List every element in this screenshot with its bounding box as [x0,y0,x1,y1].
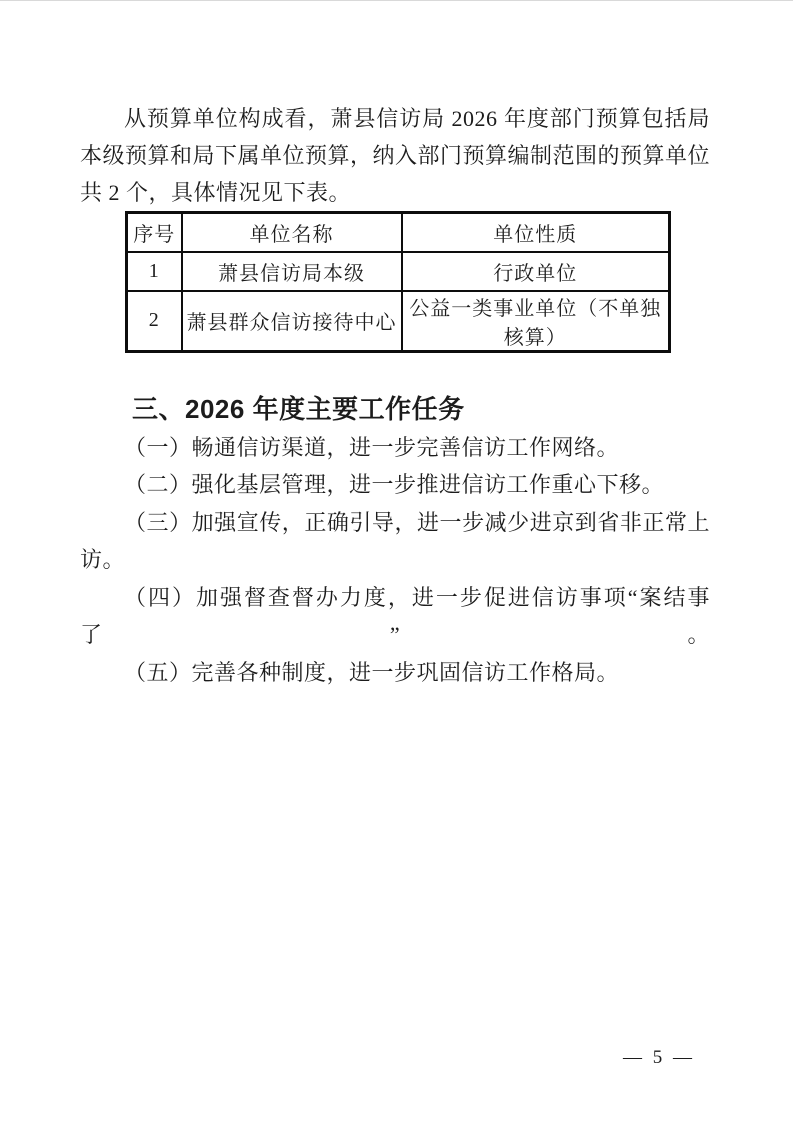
intro-line-2: 本级预算和局下属单位预算，纳入部门预算编制范围的预算单位 [80,137,710,174]
task-item-1: （一）畅通信访渠道，进一步完善信访工作网络。 [80,429,710,467]
table-cell-unit-name: 萧县信访局本级 [182,252,402,291]
task-list: （一）畅通信访渠道，进一步完善信访工作网络。 （二）强化基层管理，进一步推进信访… [80,429,710,692]
table-header-unit-nature: 单位性质 [402,213,670,252]
document-page: 从预算单位构成看，萧县信访局 2026 年度部门预算包括局 本级预算和局下属单位… [0,0,793,1122]
table-header-serial: 序号 [127,213,182,252]
table-cell-serial: 2 [127,291,182,352]
table-row: 2 萧县群众信访接待中心 公益一类事业单位（不单独核算） [127,291,670,352]
task-item-4: （四）加强督查督办力度，进一步促进信访事项“案结事了”。 [80,579,710,654]
task-item-5-text: （五）完善各种制度，进一步巩固信访工作格局。 [80,654,710,692]
table-cell-unit-nature: 公益一类事业单位（不单独核算） [402,291,670,352]
task-item-5: （五）完善各种制度，进一步巩固信访工作格局。 [80,654,710,692]
task-item-2-text: （二）强化基层管理，进一步推进信访工作重心下移。 [80,466,710,504]
page-number: — 5 — [623,1047,695,1069]
task-item-3: （三）加强宣传，正确引导，进一步减少进京到省非正常上 访。 [80,504,710,579]
table-cell-serial: 1 [127,252,182,291]
table-cell-unit-name: 萧县群众信访接待中心 [182,291,402,352]
intro-paragraph: 从预算单位构成看，萧县信访局 2026 年度部门预算包括局 本级预算和局下属单位… [80,1,710,211]
table-row: 1 萧县信访局本级 行政单位 [127,252,670,291]
intro-line-3: 共 2 个，具体情况见下表。 [80,174,710,211]
table-cell-unit-nature: 行政单位 [402,252,670,291]
section-heading: 三、2026 年度主要工作任务 [80,389,710,429]
task-item-4-text: （四）加强督查督办力度，进一步促进信访事项“案结事了”。 [80,579,710,654]
task-item-3-text-line-2: 访。 [80,541,710,579]
task-item-3-text-line-1: （三）加强宣传，正确引导，进一步减少进京到省非正常上 [80,504,710,542]
page-content: 从预算单位构成看，萧县信访局 2026 年度部门预算包括局 本级预算和局下属单位… [80,1,710,691]
task-item-2: （二）强化基层管理，进一步推进信访工作重心下移。 [80,466,710,504]
budget-units-table: 序号 单位名称 单位性质 1 萧县信访局本级 行政单位 2 萧县群众信访接待中心… [125,211,671,353]
table-header-unit-name: 单位名称 [182,213,402,252]
task-item-1-text: （一）畅通信访渠道，进一步完善信访工作网络。 [80,429,710,467]
table-header-row: 序号 单位名称 单位性质 [127,213,670,252]
intro-line-1: 从预算单位构成看，萧县信访局 2026 年度部门预算包括局 [80,100,710,137]
